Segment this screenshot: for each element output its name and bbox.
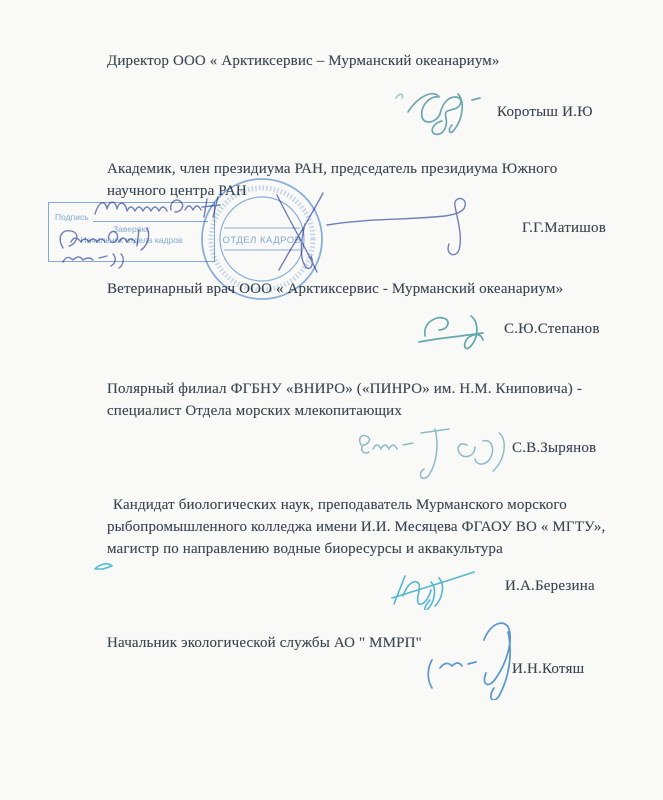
signatory-name: С.В.Зырянов bbox=[512, 440, 596, 457]
signature-zyryanov bbox=[355, 425, 515, 483]
signature-stepanov bbox=[415, 308, 500, 356]
scanned-document-page: Директор ООО « Арктиксервис – Мурманский… bbox=[0, 0, 663, 800]
signatory-title: Ветеринарный врач ООО « Арктиксервис - М… bbox=[107, 278, 563, 300]
stray-pen-mark bbox=[93, 560, 115, 574]
signatory-title: Кандидат биологических наук, преподавате… bbox=[107, 494, 605, 516]
signatory-title: Начальник экологической службы АО " ММРП… bbox=[107, 632, 422, 654]
signatory-name: Коротыш И.Ю bbox=[497, 104, 593, 121]
signatory-name: С.Ю.Степанов bbox=[504, 321, 600, 338]
signatory-block-pinro-specialist: Полярный филиал ФГБНУ «ВНИРО» («ПИНРО» и… bbox=[107, 378, 582, 422]
signatory-block-lecturer: Кандидат биологических наук, преподавате… bbox=[107, 494, 605, 560]
signatory-block-veterinarian: Ветеринарный врач ООО « Арктиксервис - М… bbox=[107, 278, 563, 300]
signatory-title: Директор ООО « Арктиксервис – Мурманский… bbox=[107, 50, 500, 72]
signatory-title: Полярный филиал ФГБНУ «ВНИРО» («ПИНРО» и… bbox=[107, 378, 582, 400]
signatory-title: магистр по направлению водные биоресурсы… bbox=[107, 538, 605, 560]
signatory-name: Г.Г.Матишов bbox=[522, 220, 606, 237]
signature-korotysh bbox=[392, 80, 492, 142]
signatory-name: И.А.Березина bbox=[505, 578, 595, 595]
signature-matishov bbox=[55, 192, 475, 274]
signatory-title: специалист Отдела морских млекопитающих bbox=[107, 400, 582, 422]
signature-berezina bbox=[388, 562, 476, 610]
signatory-name: И.Н.Котяш bbox=[512, 661, 584, 678]
signatory-block-ecology-head: Начальник экологической службы АО " ММРП… bbox=[107, 632, 422, 654]
signatory-block-director: Директор ООО « Арктиксервис – Мурманский… bbox=[107, 50, 500, 72]
signatory-title: Академик, член президиума РАН, председат… bbox=[107, 158, 557, 180]
signatory-title: рыбопромышленного колледжа имени И.И. Ме… bbox=[107, 516, 605, 538]
signature-kotyash bbox=[418, 610, 518, 700]
